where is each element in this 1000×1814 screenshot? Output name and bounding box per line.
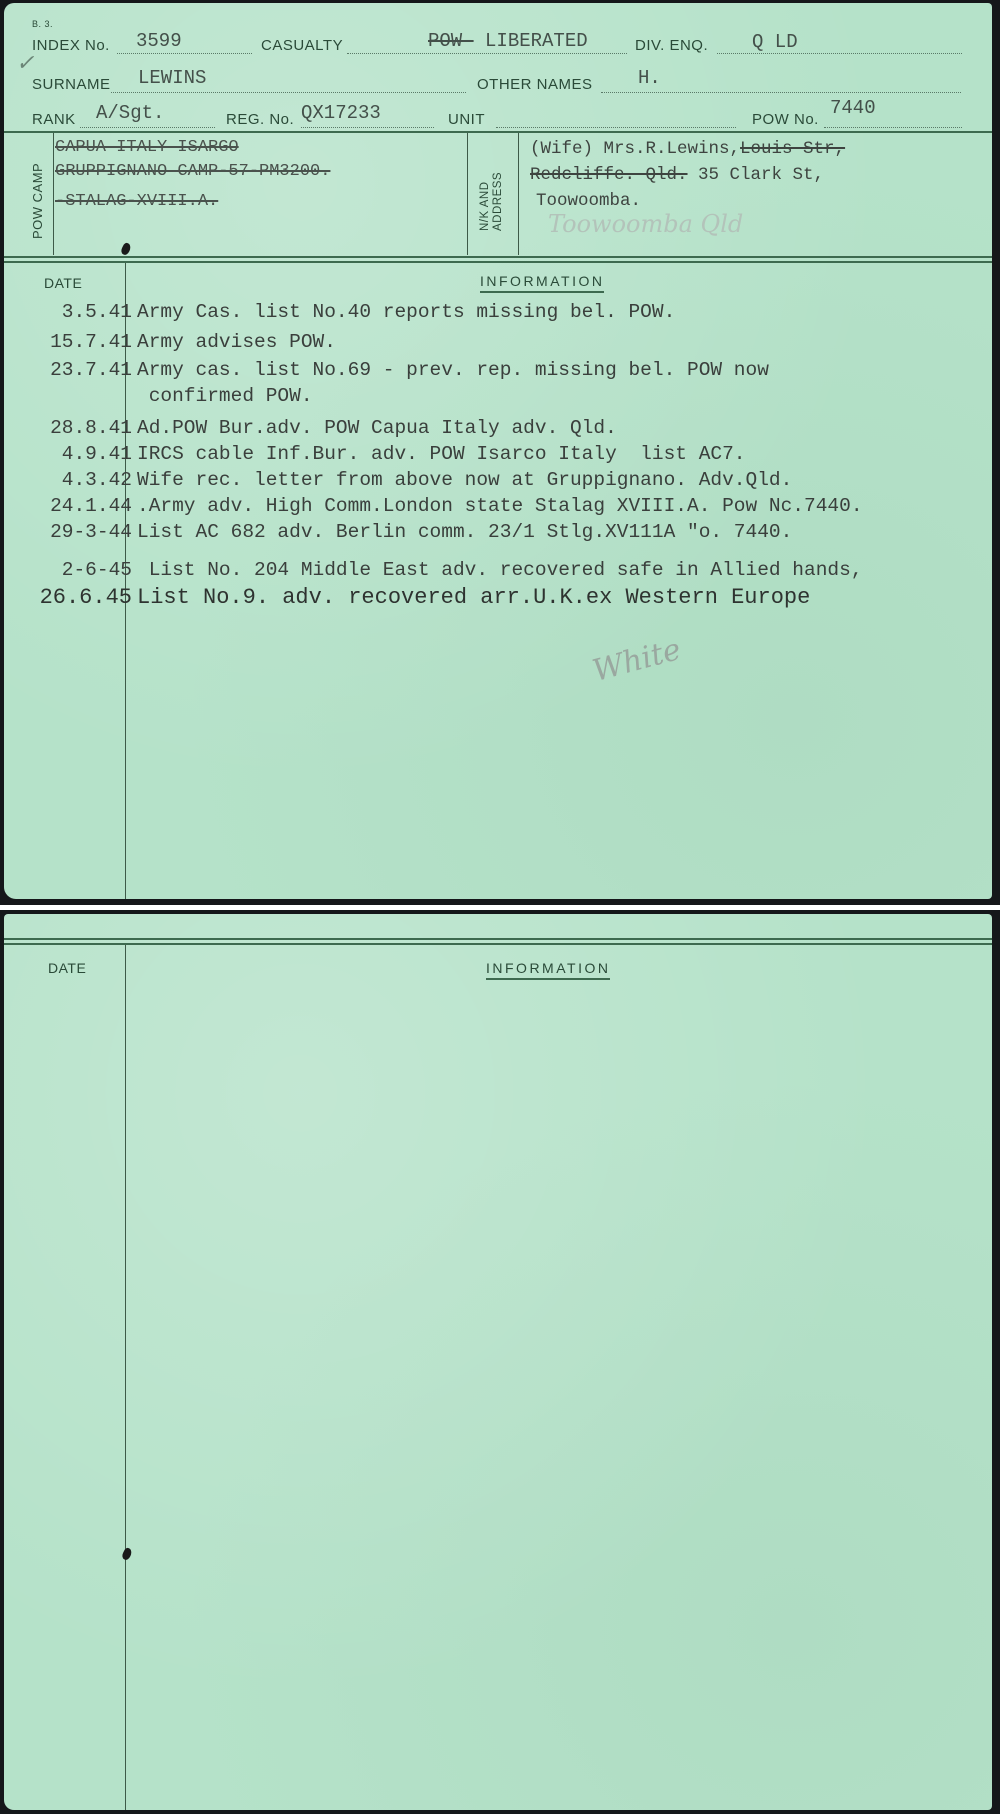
row-info: Army advises POW.: [137, 331, 336, 353]
pow-no-label: POW No.: [752, 111, 819, 128]
row-date: 24.1.44: [50, 495, 132, 517]
rank-value: A/Sgt.: [96, 102, 164, 124]
reg-no-value: QX17233: [301, 102, 381, 124]
div-enq-line: [717, 53, 962, 54]
record-card-front: B. 3. ✓ INDEX No. 3599 CASUALTY POW- LIB…: [4, 3, 992, 899]
table-row: 4.9.41IRCS cable Inf.Bur. adv. POW Isarc…: [4, 443, 1000, 469]
row-date: 4.3.42: [62, 469, 132, 491]
date-header: DATE: [44, 275, 82, 291]
row-date: 4.9.41: [62, 443, 132, 465]
div-enq-label: DIV. ENQ.: [635, 37, 708, 54]
record-card-back: DATE INFORMATION: [4, 914, 992, 1810]
casualty-line: [347, 53, 627, 54]
casualty-value: POW- LIBERATED: [428, 30, 588, 52]
table-row: 3.5.41Army Cas. list No.40 reports missi…: [4, 301, 1000, 327]
other-names-line: [601, 92, 961, 93]
nk-line-1: (Wife) Mrs.R.Lewins,: [530, 139, 740, 159]
nk-label-line-1: N/K AND: [479, 172, 492, 231]
surname-line: [111, 92, 466, 93]
other-names-value: H.: [638, 67, 661, 89]
table-row: 29-3-44List AC 682 adv. Berlin comm. 23/…: [4, 521, 1000, 547]
row-info: Army Cas. list No.40 reports missing bel…: [137, 301, 675, 323]
address-label-divider: [518, 133, 519, 255]
row-date: 28.8.41: [50, 417, 132, 439]
table-row: confirmed POW.: [4, 385, 1000, 411]
surname-value: LEWINS: [138, 67, 206, 89]
row-info: Army cas. list No.69 - prev. rep. missin…: [137, 359, 769, 381]
nk-line-2: 35 Clark St,: [688, 165, 825, 185]
pow-camp-line-2: GRUPPIGNANO CAMP-57-PM3200.: [55, 160, 330, 184]
back-punch-hole: [121, 1547, 133, 1561]
table-row: 23.7.41Army cas. list No.69 - prev. rep.…: [4, 359, 1000, 385]
divider-top: [4, 131, 992, 133]
row-info: Ad.POW Bur.adv. POW Capua Italy adv. Qld…: [137, 417, 617, 439]
index-no-label: INDEX No.: [32, 37, 110, 54]
tick-mark: ✓: [16, 51, 34, 76]
row-info: List AC 682 adv. Berlin comm. 23/1 Stlg.…: [137, 521, 792, 543]
row-date: 29-3-44: [50, 521, 132, 543]
casualty-label: CASUALTY: [261, 37, 343, 54]
pow-no-line: [824, 127, 962, 128]
index-no-value: 3599: [136, 30, 182, 52]
back-date-column-divider: [125, 945, 126, 1810]
row-date: 23.7.41: [50, 359, 132, 381]
row-info: .Army adv. High Comm.London state Stalag…: [137, 495, 863, 517]
row-date: 3.5.41: [62, 301, 132, 323]
camp-address-divider: [467, 133, 468, 255]
surname-label: SURNAME: [32, 76, 111, 93]
information-header: INFORMATION: [480, 273, 604, 293]
pow-camp-label: POW CAMP: [30, 163, 45, 239]
nk-line-1-struck: Louis-Str,: [740, 139, 845, 159]
row-date: 2-6-45: [62, 559, 132, 581]
reg-no-label: REG. No.: [226, 111, 294, 128]
casualty-struck: POW-: [428, 30, 474, 52]
table-row: 26.6.45List No.9. adv. recovered arr.U.K…: [4, 585, 1000, 611]
nk-label-line-2: ADDRESS: [492, 172, 505, 231]
camp-label-divider: [53, 133, 54, 255]
table-row: 28.8.41Ad.POW Bur.adv. POW Capua Italy a…: [4, 417, 1000, 443]
row-info: Wife rec. letter from above now at Grupp…: [137, 469, 792, 491]
form-code: B. 3.: [32, 19, 53, 29]
nk-address-values: (Wife) Mrs.R.Lewins,Louis-Str, Redcliffe…: [530, 136, 845, 214]
index-no-line: [117, 53, 252, 54]
divider-double-1: [4, 256, 992, 258]
reg-no-line: [301, 127, 434, 128]
nk-address-label: N/K AND ADDRESS: [479, 172, 505, 231]
back-divider-2: [4, 943, 992, 945]
row-info: List No. 204 Middle East adv. recovered …: [137, 559, 863, 581]
pow-no-value: 7440: [830, 97, 876, 119]
punch-hole: [120, 242, 132, 256]
row-info: confirmed POW.: [137, 385, 313, 407]
other-names-label: OTHER NAMES: [477, 76, 593, 93]
pow-camp-line-3: -STALAG-XVIII.A.: [55, 190, 330, 214]
pow-camp-line-1: CAPUA ITALY ISARGO: [55, 136, 330, 160]
table-row: 15.7.41Army advises POW.: [4, 331, 1000, 357]
back-information-header: INFORMATION: [486, 960, 610, 980]
table-row: 24.1.44.Army adv. High Comm.London state…: [4, 495, 1000, 521]
unit-label: UNIT: [448, 111, 485, 128]
row-info: List No.9. adv. recovered arr.U.K.ex Wes…: [137, 585, 810, 610]
back-date-header: DATE: [48, 960, 86, 976]
rank-label: RANK: [32, 111, 76, 128]
signature: White: [589, 632, 685, 689]
unit-line: [496, 127, 736, 128]
rank-line: [80, 127, 215, 128]
casualty-current: LIBERATED: [485, 30, 588, 52]
pencil-note-address: Toowoomba Qld: [548, 210, 743, 238]
row-info: IRCS cable Inf.Bur. adv. POW Isarco Ital…: [137, 443, 746, 465]
pow-camp-values: CAPUA ITALY ISARGO GRUPPIGNANO CAMP-57-P…: [55, 136, 330, 214]
back-divider-1: [4, 938, 992, 940]
nk-line-2-struck: Redcliffe.-Qld.: [530, 165, 688, 185]
div-enq-value: Q LD: [752, 31, 798, 53]
table-row: 2-6-45 List No. 204 Middle East adv. rec…: [4, 559, 1000, 585]
row-date: 15.7.41: [50, 331, 132, 353]
table-row: 4.3.42Wife rec. letter from above now at…: [4, 469, 1000, 495]
row-date: 26.6.45: [40, 585, 132, 610]
divider-double-2: [4, 261, 992, 263]
